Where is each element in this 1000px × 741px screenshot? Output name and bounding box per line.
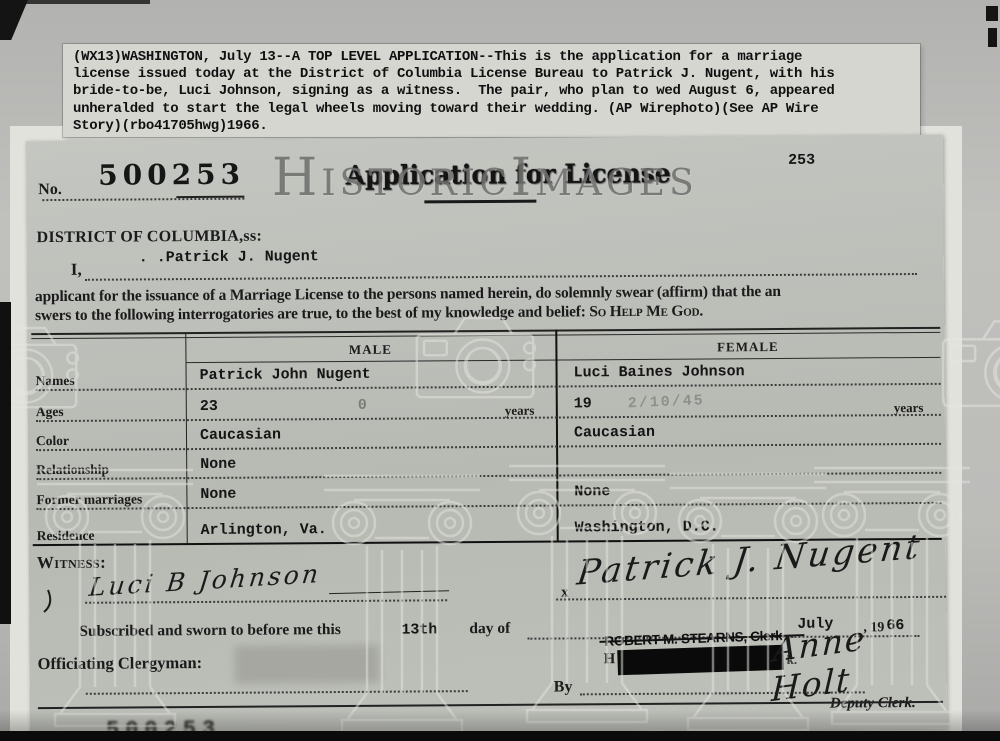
applicant-name-typed: . .Patrick J. Nugent xyxy=(139,248,319,266)
oath-closing: So Help Me God. xyxy=(589,302,703,320)
years-label-female: years xyxy=(894,400,924,416)
row-label-names: Names xyxy=(36,373,75,389)
table-row-line xyxy=(36,472,941,480)
male-color-value: Caucasian xyxy=(200,426,281,444)
photo-bottom-shade xyxy=(0,710,1000,731)
clergyman-signature-line xyxy=(86,690,468,695)
table-row-line xyxy=(36,383,941,391)
number-label: No. xyxy=(38,181,62,199)
sworn-day-typed: 13th xyxy=(401,621,437,638)
male-age-faint-mark: 0 xyxy=(358,397,367,414)
form-bottom-rule xyxy=(38,701,943,709)
female-color-value: Caucasian xyxy=(574,424,655,442)
pronoun-label: I, xyxy=(71,260,82,280)
corner-number: 253 xyxy=(788,152,815,169)
column-header-male: MALE xyxy=(185,341,555,360)
table-row-line xyxy=(36,414,941,422)
female-residence-value: Washington, D.C. xyxy=(575,518,719,536)
film-edge-mark xyxy=(0,731,1000,741)
table-divider-labels xyxy=(185,332,187,544)
female-former-marriages-value: None xyxy=(574,483,610,500)
table-top-rule xyxy=(31,327,940,339)
row-label-ages: Ages xyxy=(36,404,64,420)
female-names-value: Luci Baines Johnson xyxy=(574,363,745,381)
application-form: No. 500253 253 Application for License D… xyxy=(26,135,947,735)
table-row-line xyxy=(36,443,941,451)
by-label: By xyxy=(554,678,573,696)
redaction-bar xyxy=(617,645,784,675)
male-residence-value: Arlington, Va. xyxy=(201,521,327,539)
row-label-color: Color xyxy=(36,433,69,449)
obscured-clerk-start: H xyxy=(604,651,616,668)
row-label-former-marriages: Former marriages xyxy=(36,491,142,508)
form-title: Application for License xyxy=(343,158,673,191)
years-label-male: years xyxy=(505,403,535,419)
press-photo: (WX13)WASHINGTON, July 13--A TOP LEVEL A… xyxy=(0,0,1000,741)
male-names-value: Patrick John Nugent xyxy=(200,366,371,384)
application-number: 500253 xyxy=(98,158,245,192)
caption-text: (WX13)WASHINGTON, July 13--A TOP LEVEL A… xyxy=(73,49,910,135)
oath-line-2-text: swers to the following interrogatories a… xyxy=(35,303,589,324)
film-edge-mark xyxy=(0,0,150,4)
row-label-residence: Residence xyxy=(37,528,95,544)
female-age-value: 19 xyxy=(574,395,592,412)
sworn-statement: Subscribed and sworn to before me this xyxy=(79,621,341,641)
column-header-female: FEMALE xyxy=(555,338,940,357)
film-edge-mark xyxy=(0,302,11,624)
number-line xyxy=(42,198,244,201)
film-edge-mark xyxy=(988,28,997,47)
clergyman-label: Officiating Clergyman: xyxy=(38,653,203,674)
male-age-value: 23 xyxy=(200,398,218,415)
male-relationship-value: None xyxy=(200,456,236,473)
film-edge-mark xyxy=(0,0,28,40)
press-caption: (WX13)WASHINGTON, July 13--A TOP LEVEL A… xyxy=(63,44,920,137)
day-of-label: day of xyxy=(469,620,510,638)
signature-tail-stroke xyxy=(329,590,449,594)
table-divider-center xyxy=(555,330,558,542)
film-edge-mark xyxy=(986,6,998,21)
applicant-name-line xyxy=(85,273,917,281)
applicant-signature-line xyxy=(556,596,946,601)
witness-signature-line-left xyxy=(85,599,447,604)
district-heading: DISTRICT OF COLUMBIA,ss: xyxy=(37,228,263,248)
row-label-relationship: Relationship xyxy=(36,462,109,479)
applicant-signature-nugent: Patrick J. Nugent xyxy=(575,527,925,594)
title-underline xyxy=(424,200,536,204)
witness-signature-luci: Luci B Johnson xyxy=(88,559,323,602)
witness-label: Witness: xyxy=(37,553,106,573)
female-age-faint-mark: 2/10/45 xyxy=(627,392,705,412)
male-former-marriages-value: None xyxy=(200,486,236,503)
table-row-line xyxy=(36,502,941,510)
erased-stamp-smudge xyxy=(234,645,379,684)
